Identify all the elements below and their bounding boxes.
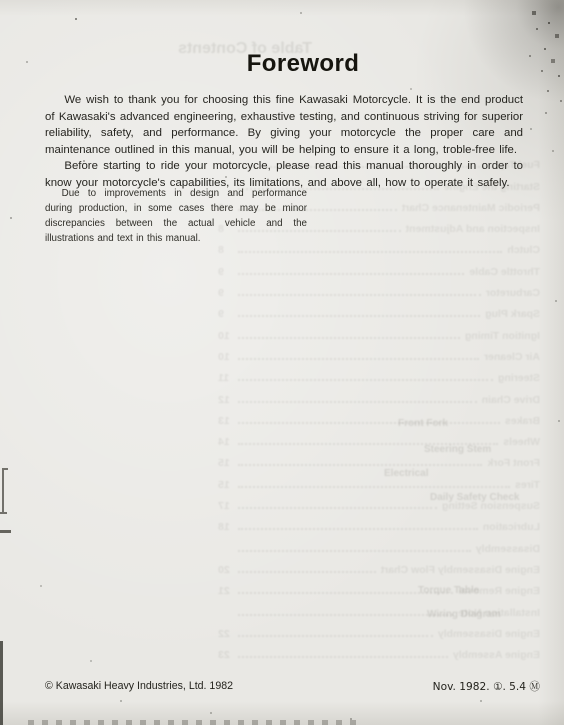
bleedthrough-toc-page: 13 xyxy=(218,415,233,427)
bleedthrough-toc-page: 14 xyxy=(218,436,233,448)
bleedthrough-toc-page: 15 xyxy=(218,457,233,469)
bleedthrough-toc-row: Engine Assembly 23 xyxy=(218,640,540,661)
dotted-leader xyxy=(238,592,453,594)
body-paragraph: We wish to thank you for choosing this f… xyxy=(45,92,523,158)
dotted-leader xyxy=(238,358,479,360)
bleedthrough-toc-row: Engine Disassembly Flow Chart 20 xyxy=(218,555,540,576)
bleedthrough-toc-label: Front Fork xyxy=(488,457,541,469)
bleedthrough-toc-row: Installation Note xyxy=(218,597,540,618)
bleedthrough-toc-page: 9 xyxy=(218,266,233,278)
bleedthrough-toc-label: Engine Removal xyxy=(458,585,540,597)
bleedthrough-toc-page: 21 xyxy=(218,585,233,597)
bleedthrough-toc-page: 9 xyxy=(218,308,233,320)
bleedthrough-toc-page: 17 xyxy=(218,500,233,512)
dotted-leader xyxy=(238,337,460,339)
bleedthrough-toc-label: Ignition Timing xyxy=(465,330,540,342)
bleedthrough-toc-label: Tires xyxy=(515,479,540,491)
bleedthrough-toc-label: Carburetor xyxy=(486,287,540,299)
bleedthrough-toc-row: Steering 11 xyxy=(218,363,540,384)
dotted-leader xyxy=(238,571,376,573)
dotted-leader xyxy=(238,251,502,253)
bleedthrough-toc-label: Steering xyxy=(498,372,540,384)
bleedthrough-toc-row: Lubrication 18 xyxy=(218,512,540,533)
copyright-line: © Kawasaki Heavy Industries, Ltd. 1982 xyxy=(45,680,233,692)
dotted-leader xyxy=(238,486,510,488)
scan-edge-artifact xyxy=(2,468,4,514)
dotted-leader xyxy=(238,273,464,275)
bleedthrough-fragment: Torque Table xyxy=(418,585,479,596)
bleedthrough-toc-page: 23 xyxy=(218,649,233,661)
bleedthrough-toc-label: Inspection and Adjustment xyxy=(406,223,540,235)
dotted-leader xyxy=(238,507,437,509)
bleedthrough-fragment: Wiring Diagram xyxy=(427,609,501,620)
bleedthrough-toc-row: Wheels 14 xyxy=(218,427,540,448)
bleedthrough-fragment: Steering Stem xyxy=(424,444,491,455)
bleedthrough-toc-page: 22 xyxy=(218,628,233,640)
dotted-leader xyxy=(238,379,493,381)
bleedthrough-toc-page: 20 xyxy=(218,564,233,576)
bleedthrough-toc-label: Air Cleaner xyxy=(484,351,540,363)
dotted-leader xyxy=(238,422,500,424)
dotted-leader xyxy=(238,315,480,317)
bleedthrough-fragment: Front Fork xyxy=(398,418,448,429)
bleedthrough-toc-page: 15 xyxy=(218,479,233,491)
bleedthrough-toc-label: Disassembly xyxy=(476,543,540,555)
bleedthrough-toc-row: Disassembly xyxy=(218,533,540,554)
dotted-leader xyxy=(238,614,453,616)
bleedthrough-toc-label: Suspension Setting xyxy=(442,500,540,512)
bleedthrough-toc-row: Throttle Cable 9 xyxy=(218,256,540,277)
bleedthrough-toc-row: Front Fork 15 xyxy=(218,448,540,469)
bleedthrough-toc-row: Tires 15 xyxy=(218,469,540,490)
scan-noise-speckles xyxy=(0,0,2,2)
bleedthrough-toc-page: 11 xyxy=(218,372,233,384)
bleedthrough-toc-page: 18 xyxy=(218,521,233,533)
dotted-leader xyxy=(238,528,478,530)
dotted-leader xyxy=(238,635,433,637)
scan-edge-artifact xyxy=(28,720,358,725)
disclaimer-note: Due to improvements in design and perfor… xyxy=(45,187,307,247)
bleedthrough-toc-row: Engine Removal 21 xyxy=(218,576,540,597)
page-title: Foreword xyxy=(21,50,564,78)
foreword-body: We wish to thank you for choosing this f… xyxy=(45,92,523,192)
bleedthrough-toc-label: Drive Chain xyxy=(482,394,540,406)
bleedthrough-toc-label: Throttle Cable xyxy=(469,266,540,278)
bleedthrough-toc-row: Engine Disassembly 22 xyxy=(218,619,540,640)
bleedthrough-toc-label: Engine Disassembly xyxy=(438,628,540,640)
bleedthrough-toc-row: Brakes 13 xyxy=(218,406,540,427)
bleedthrough-fragment: Daily Safety Check xyxy=(430,492,520,503)
bleedthrough-toc-label: Installation Note xyxy=(458,607,540,619)
scan-edge-artifact xyxy=(0,641,3,725)
bleedthrough-fragment: Electrical xyxy=(384,468,428,479)
dotted-leader xyxy=(238,550,471,552)
dotted-leader xyxy=(238,401,477,403)
bleedthrough-toc-page: 9 xyxy=(218,287,233,299)
bleedthrough-toc-label: Engine Assembly xyxy=(453,649,540,661)
dotted-leader xyxy=(238,443,498,445)
edition-mark: Nov. 1982. ①. 5.4 Ⓜ xyxy=(433,679,540,694)
bleedthrough-toc-label: Periodic Maintenance Chart xyxy=(402,202,540,214)
dotted-leader xyxy=(238,656,448,658)
scan-edge-artifact xyxy=(0,530,11,533)
bleedthrough-toc-label: Clutch xyxy=(507,244,540,256)
bleedthrough-toc-row: Ignition Timing 10 xyxy=(218,320,540,341)
bleedthrough-toc-row: Air Cleaner 10 xyxy=(218,342,540,363)
bleedthrough-toc-page: 10 xyxy=(218,330,233,342)
bleedthrough-toc-page: 10 xyxy=(218,351,233,363)
bleedthrough-toc-label: Wheels xyxy=(503,436,540,448)
bleedthrough-toc-row: Drive Chain 12 xyxy=(218,384,540,405)
bleedthrough-toc-label: Engine Disassembly Flow Chart xyxy=(381,564,540,576)
dotted-leader xyxy=(238,464,483,466)
bleedthrough-toc-label: Brakes xyxy=(505,415,540,427)
bleedthrough-toc-label: Spark Plug xyxy=(485,308,540,320)
bleedthrough-toc-row: Carburetor 9 xyxy=(218,278,540,299)
bleedthrough-toc-label: Lubrication xyxy=(483,521,540,533)
bleedthrough-toc-page: 12 xyxy=(218,394,233,406)
dotted-leader xyxy=(238,294,481,296)
bleedthrough-toc-row: Suspension Setting 17 xyxy=(218,491,540,512)
scanned-manual-page: Table of Contents Fuel Tap Starting the … xyxy=(0,0,564,725)
bleedthrough-toc-row: Spark Plug 9 xyxy=(218,299,540,320)
